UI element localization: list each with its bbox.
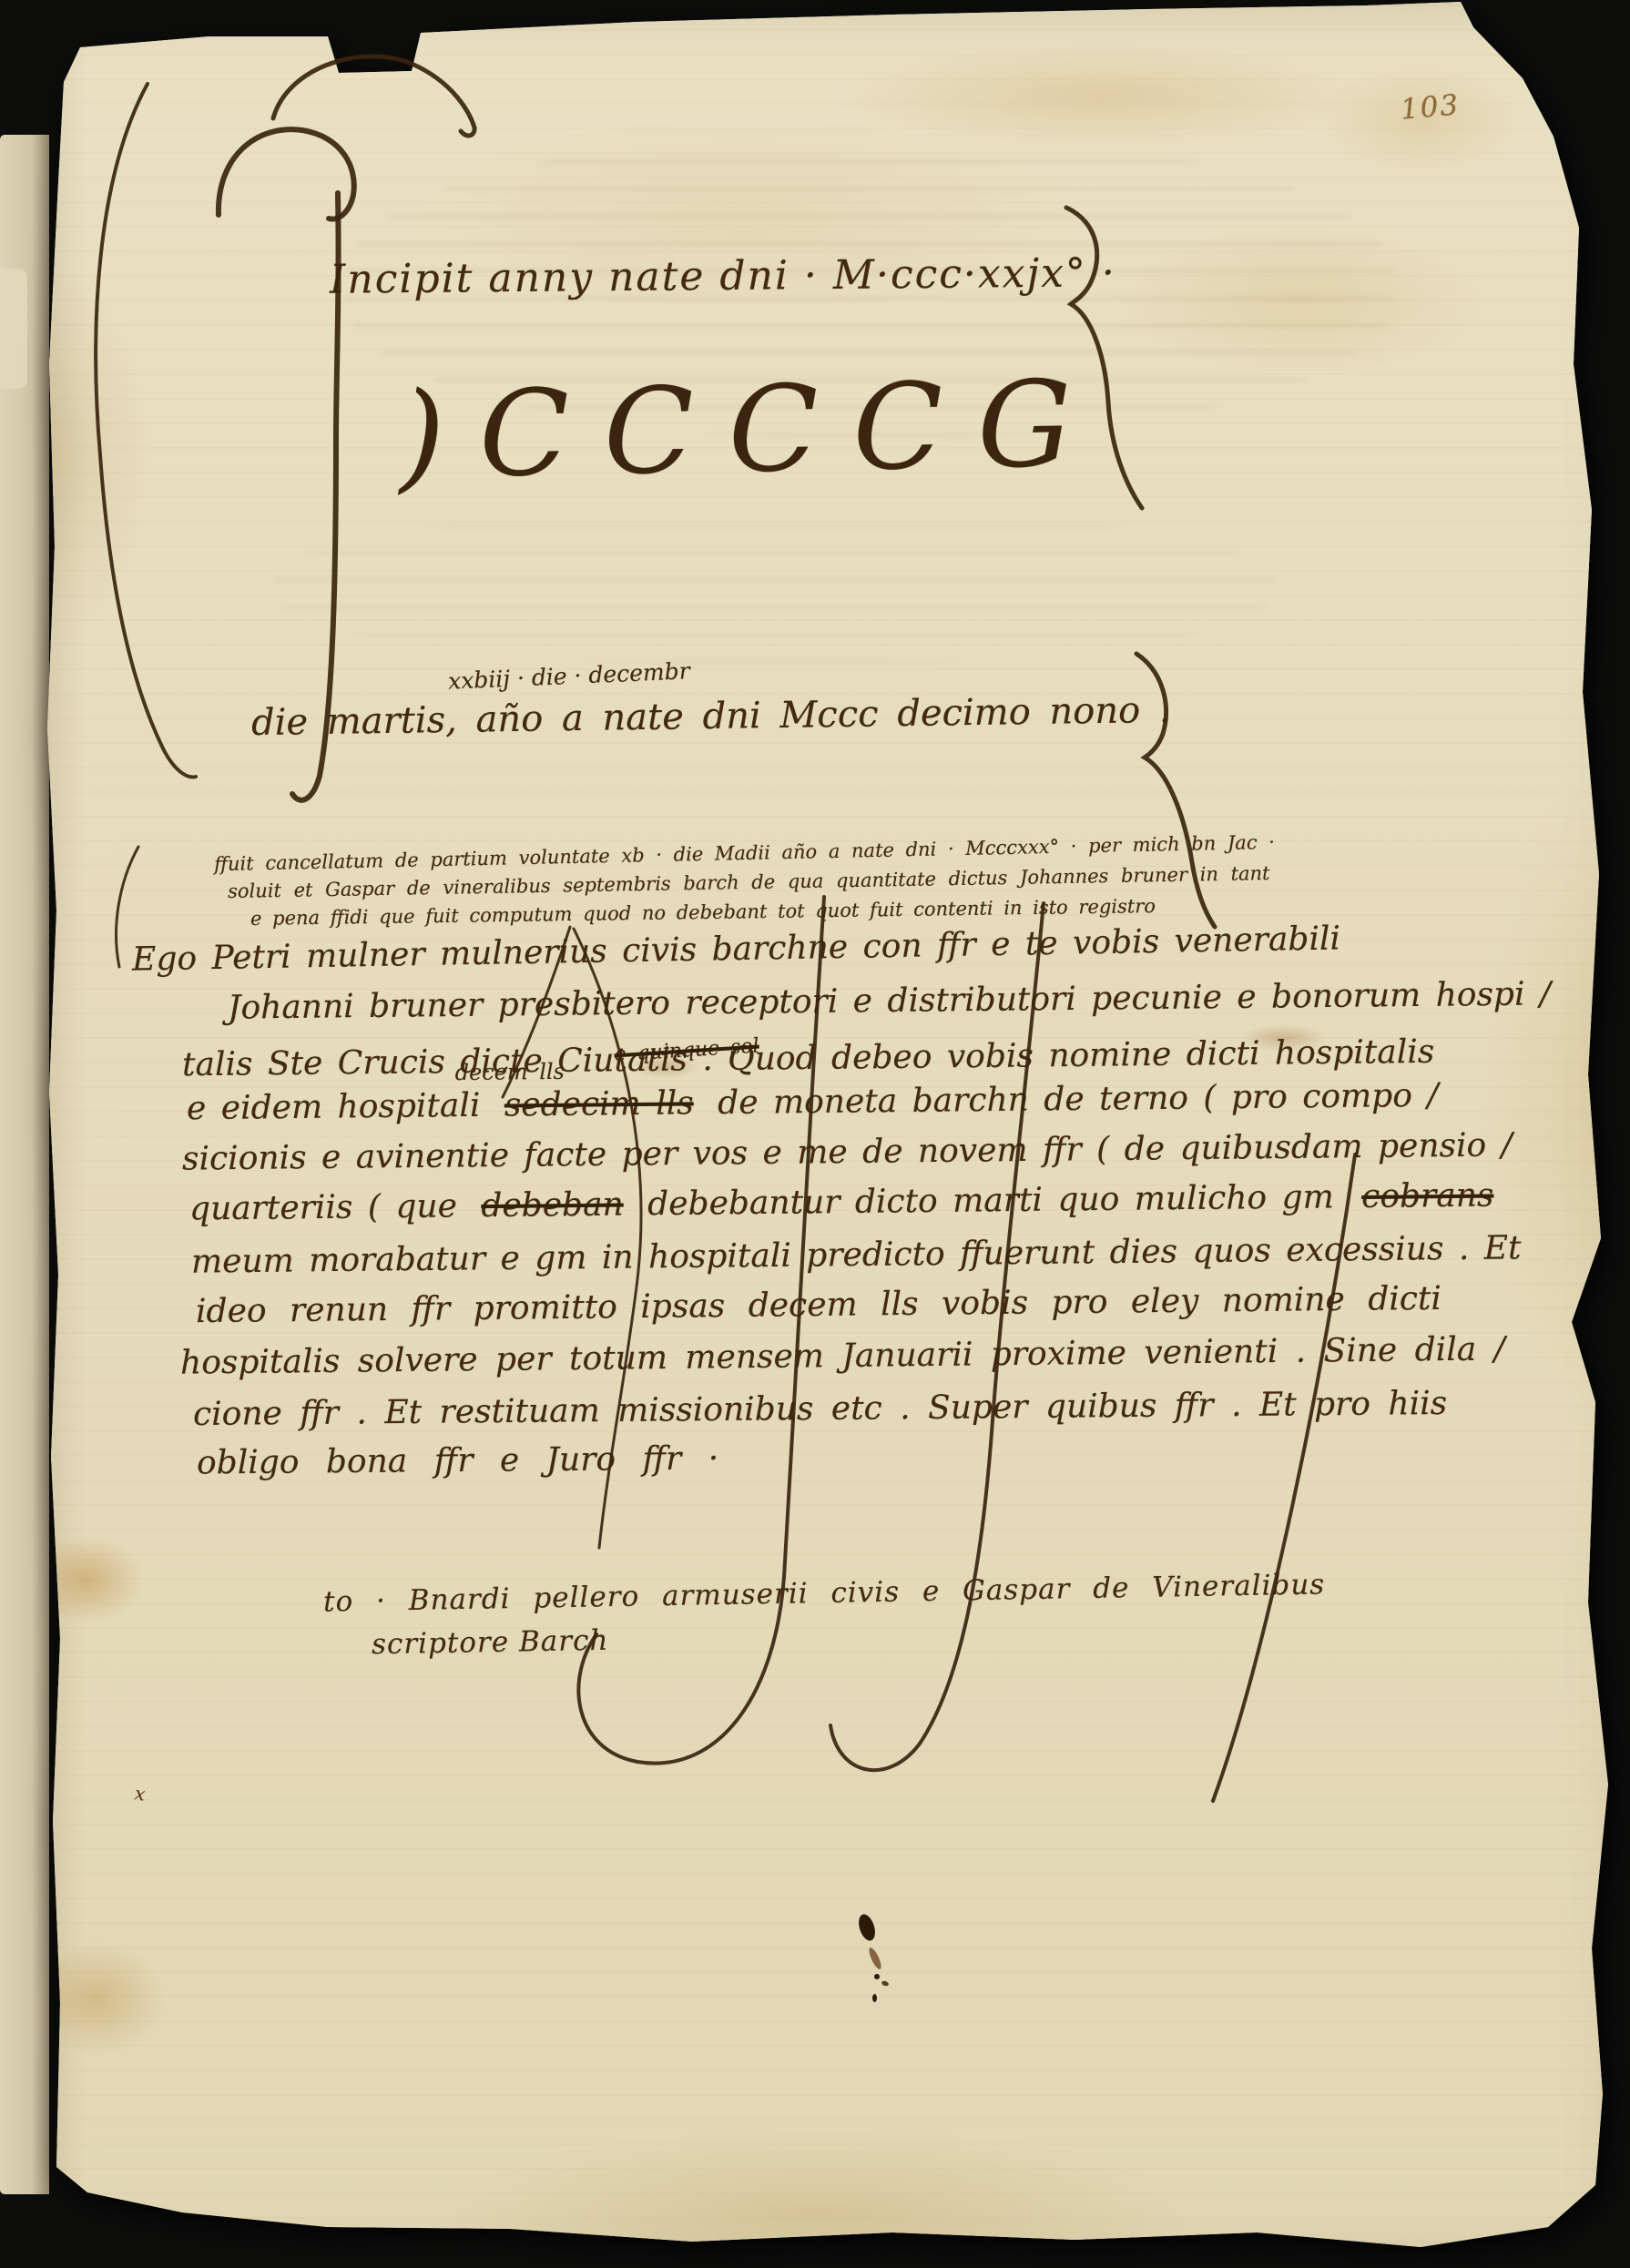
manuscript-photo: 103 Incipit anny nate dni · M·ccc·xxjx° … (0, 0, 1630, 2268)
folio-number: 103 (1400, 88, 1462, 127)
body-line-post: de moneta barchn de terno ( pro compo / (718, 1077, 1439, 1122)
body-line: Ego Petri mulner mulnerius civis barchne… (132, 920, 1341, 978)
body-line: sicionis e avinentie facte per vos e me … (182, 1126, 1513, 1177)
struck-word: debeban (481, 1186, 624, 1226)
struck-amount: sedecim lls (504, 1084, 694, 1124)
manuscript-page-wrap: 103 Incipit anny nate dni · M·ccc·xxjx° … (0, 0, 1630, 2268)
ink-blot-dot (872, 1994, 877, 2002)
body-line: obligo bona ffr e Juro ffr · (197, 1439, 719, 1481)
date-heading: die martis, año a nate dni Mccc decimo n… (251, 689, 1171, 744)
body-line-with-correction: e eidem hospitali sedecim lls de moneta … (187, 1077, 1439, 1127)
witness-line: scriptore Barch (372, 1624, 609, 1662)
witness-line: to · Bnardi pellero armuserii civis e Ga… (323, 1568, 1326, 1618)
body-line: talis Ste Crucis dicte Ciutatis . Quod d… (182, 1033, 1435, 1083)
ink-showthrough-mid (273, 510, 1275, 665)
body-line: hospitalis solvere per totum mensem Janu… (180, 1330, 1505, 1381)
body-line-with-correction: quarteriis ( que debeban debebantur dict… (189, 1177, 1494, 1228)
struck-word-end: cobrans (1361, 1177, 1494, 1216)
pen-trial-flourish-row: ) C C C C G (398, 355, 1077, 505)
ink-blot-dot (874, 1974, 880, 1979)
ink-blot (856, 1912, 878, 1942)
body-line-pre: quarteriis ( que (189, 1187, 457, 1227)
interlinear-correction: decem lls (454, 1059, 565, 1085)
margin-x-mark: x (133, 1782, 147, 1805)
body-line: cione ffr . Et restituam missionibus etc… (193, 1385, 1447, 1433)
body-line: Johanni bruner presbitero receptori e di… (228, 975, 1551, 1026)
ink-blot-dot (881, 1980, 889, 1987)
body-line-pre: e eidem hospitali (187, 1087, 481, 1127)
cancellation-note-line: e pena ffidi que fuit computum quod no d… (250, 895, 1156, 930)
ink-blot-streak (867, 1947, 883, 1971)
body-line: meum morabatur e gm in hospitali predict… (191, 1229, 1522, 1280)
incipit-heading: Incipit anny nate dni · M·ccc·xxjx° · (330, 249, 1116, 303)
body-line: ideo renun ffr promitto ipsas decem lls … (196, 1280, 1442, 1330)
date-interlinear: xxbiij · die · decembr (447, 657, 690, 695)
manuscript-page: 103 Incipit anny nate dni · M·ccc·xxjx° … (0, 0, 1630, 2268)
body-line-post: debebantur dicto marti quo mulicho gm (647, 1178, 1334, 1223)
